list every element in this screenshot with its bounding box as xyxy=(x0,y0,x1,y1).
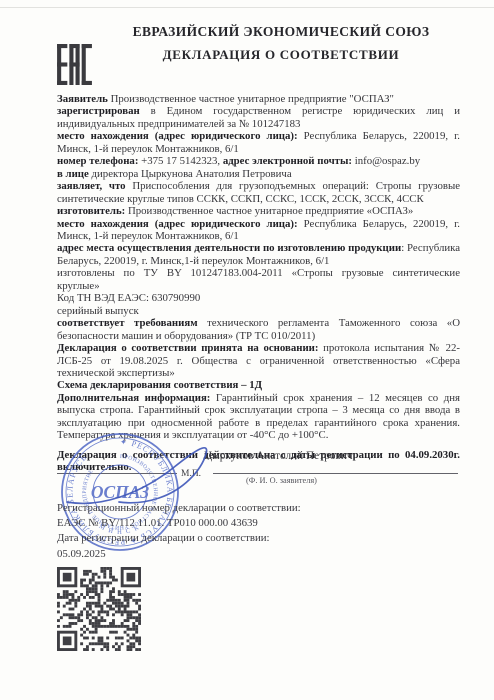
declaration-document-page: ЕВРАЗИЙСКИЙ ЭКОНОМИЧЕСКИЙ СОЮЗ ДЕКЛАРАЦИ… xyxy=(0,0,494,700)
manufacturer-location-label: место нахождения (адрес юридического лиц… xyxy=(57,218,298,230)
applicant-label: Заявитель xyxy=(57,93,108,105)
manufacturer-value: Производственное частное унитарное предп… xyxy=(128,205,413,217)
document-header: ЕВРАЗИЙСКИЙ ЭКОНОМИЧЕСКИЙ СОЮЗ ДЕКЛАРАЦИ… xyxy=(0,0,494,88)
phone-label: номер телефона: xyxy=(57,155,138,167)
declares-paragraph: заявляет, что Приспособления для грузопо… xyxy=(57,180,460,205)
serial-issue-paragraph: серийный выпуск xyxy=(57,305,460,317)
activity-address-paragraph: адрес места осуществления деятельности п… xyxy=(57,242,460,267)
name-signature-line xyxy=(213,473,458,474)
registration-date-label: Дата регистрации декларации о соответств… xyxy=(57,531,417,546)
compliance-label: соответствует требованиям xyxy=(57,317,198,329)
eac-conformity-mark-icon xyxy=(57,44,92,85)
scheme-paragraph: Схема декларирования соответствия – 1Д xyxy=(57,379,460,391)
email-label: адрес электронной почты: xyxy=(223,155,352,167)
signer-name-caption: (Ф. И. О. заявителя) xyxy=(246,476,317,485)
registered-label: зарегистрирован xyxy=(57,105,140,117)
contacts-paragraph: номер телефона: +375 17 5142323, адрес э… xyxy=(57,155,460,167)
manufacturer-location-paragraph: место нахождения (адрес юридического лиц… xyxy=(57,218,460,243)
email-value: info@ospaz.by xyxy=(355,155,420,167)
person-value: директора Цыркунова Анатолия Петровича xyxy=(92,168,292,180)
manufacturer-paragraph: изготовитель: Производственное частное у… xyxy=(57,205,460,217)
document-title: ДЕКЛАРАЦИЯ О СООТВЕТСТВИИ xyxy=(100,47,462,63)
declares-label: заявляет, что xyxy=(57,180,126,192)
registration-date-value: 05.09.2025 xyxy=(57,547,417,562)
manufacturer-label: изготовитель: xyxy=(57,205,125,217)
title-block: ЕВРАЗИЙСКИЙ ЭКОНОМИЧЕСКИЙ СОЮЗ ДЕКЛАРАЦИ… xyxy=(100,24,462,63)
qr-code xyxy=(57,567,141,651)
location-paragraph: место нахождения (адрес юридического лиц… xyxy=(57,130,460,155)
registered-paragraph: зарегистрирован в Едином государственном… xyxy=(57,105,460,130)
person-label: в лице xyxy=(57,168,89,180)
union-title: ЕВРАЗИЙСКИЙ ЭКОНОМИЧЕСКИЙ СОЮЗ xyxy=(100,24,462,40)
compliance-paragraph: соответствует требованиям технического р… xyxy=(57,317,460,342)
location-label: место нахождения (адрес юридического лиц… xyxy=(57,130,298,142)
tnved-code-paragraph: Код ТН ВЭД ЕАЭС: 630790990 xyxy=(57,292,460,304)
basis-paragraph: Декларация о соответствии принята на осн… xyxy=(57,342,460,379)
basis-label: Декларация о соответствии принята на осн… xyxy=(57,342,318,354)
specs-paragraph: изготовлены по ТУ BY 101247183.004-2011 … xyxy=(57,267,460,292)
registration-block: Регистрационный номер декларации о соотв… xyxy=(57,501,417,562)
person-paragraph: в лице директора Цыркунова Анатолия Петр… xyxy=(57,168,460,180)
activity-address-label: адрес места осуществления деятельности п… xyxy=(57,242,401,254)
applicant-paragraph: Заявитель Производственное частное унита… xyxy=(57,93,460,105)
scheme-label: Схема декларирования соответствия – 1Д xyxy=(57,379,262,391)
applicant-value: Производственное частное унитарное предп… xyxy=(111,93,394,105)
registration-number-value: ЕАЭС № BY/112 11.01. ТР010 000.00 43639 xyxy=(57,516,417,531)
declaration-body: Заявитель Производственное частное унита… xyxy=(57,93,460,474)
phone-value: +375 17 5142323, xyxy=(141,155,220,167)
registration-number-label: Регистрационный номер декларации о соотв… xyxy=(57,501,417,516)
additional-info-label: Дополнительная информация: xyxy=(57,392,210,404)
